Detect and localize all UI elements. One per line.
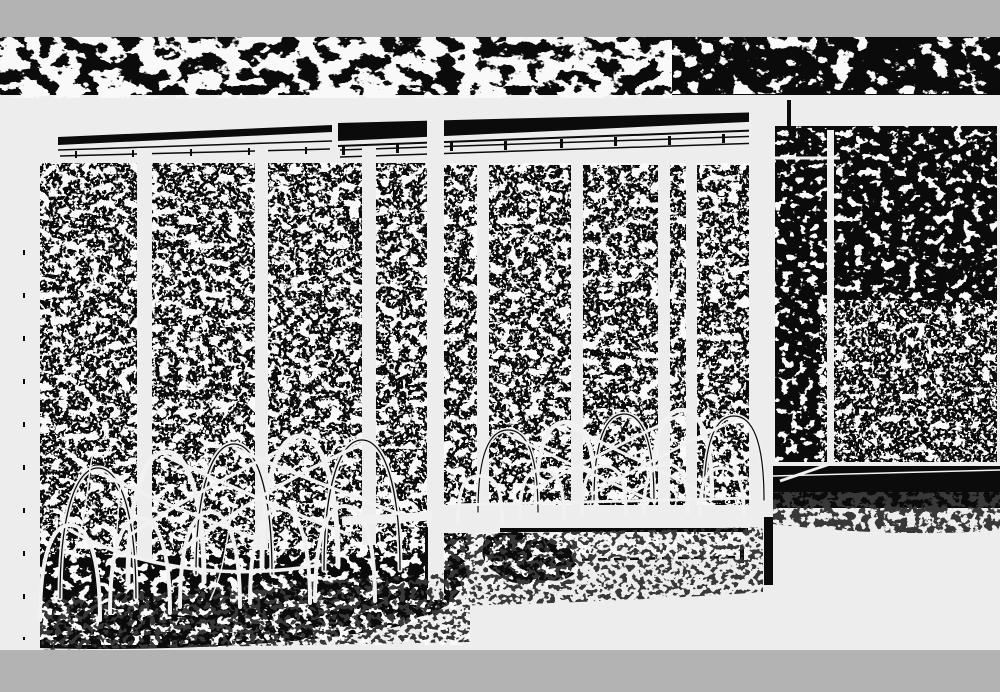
hedge-right	[773, 464, 1000, 536]
post	[571, 163, 583, 515]
foliage-band	[0, 37, 1000, 98]
gray-border-bottom	[0, 650, 1000, 692]
post-front-corner	[427, 118, 444, 600]
gray-border-top	[0, 0, 1000, 37]
left-rail-bar	[342, 516, 432, 521]
post	[686, 163, 697, 510]
photo-canvas	[0, 0, 1000, 692]
post	[137, 148, 152, 560]
post	[658, 163, 670, 512]
post-thin-right	[827, 130, 834, 462]
corner-post-shadow	[764, 517, 773, 585]
post	[362, 148, 376, 545]
beam-end-mark	[787, 100, 791, 126]
